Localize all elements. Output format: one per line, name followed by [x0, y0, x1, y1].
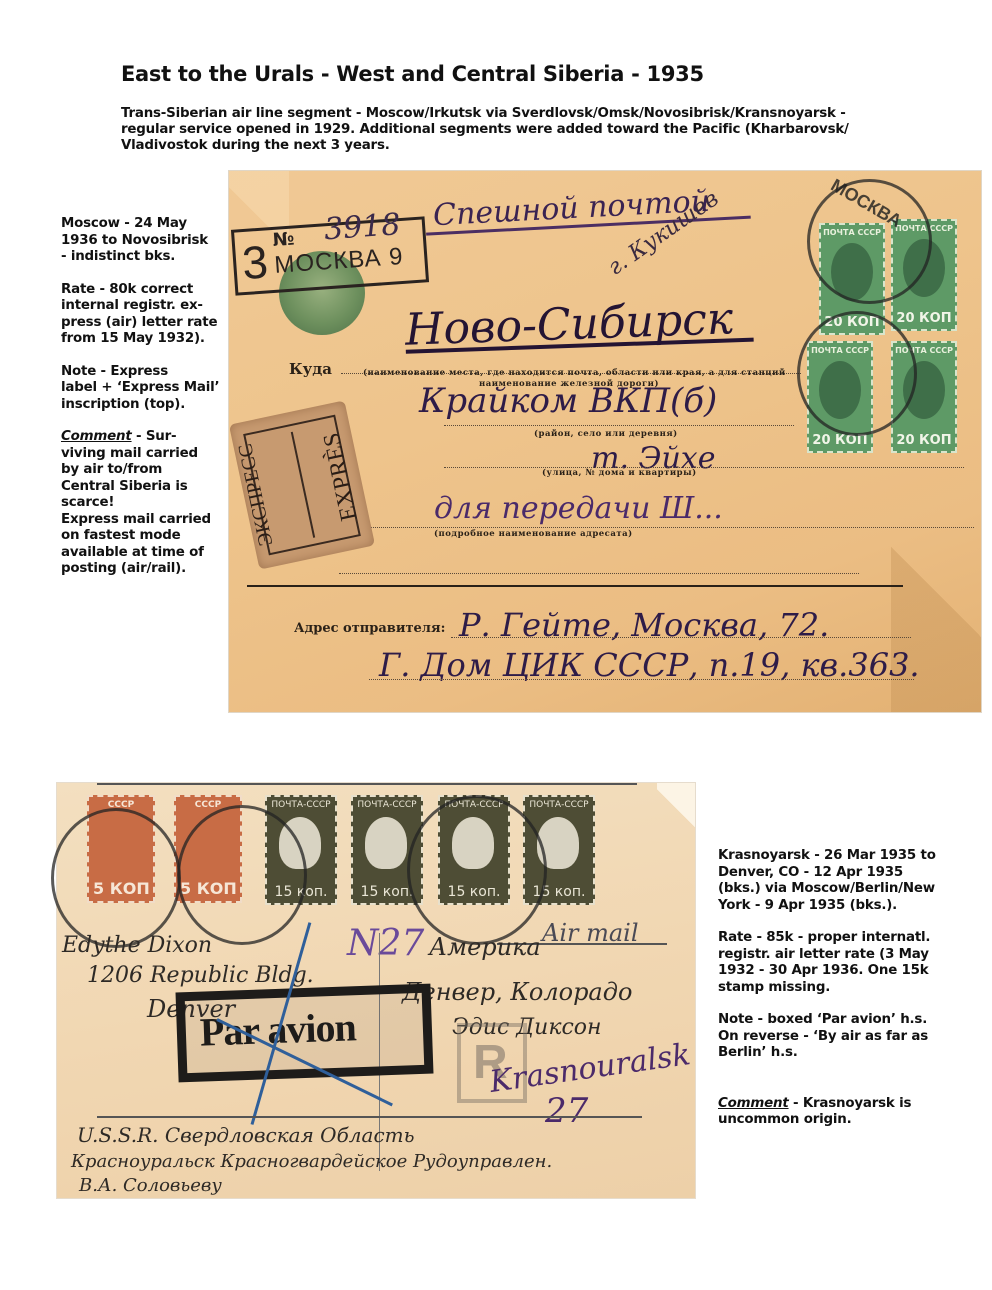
sender-line: Р. Гейте, Москва, 72. [459, 606, 829, 644]
to-label: Куда [289, 360, 332, 378]
address-hint: (улица, № дома и квартиры) [542, 468, 697, 478]
comment-label: Comment [718, 1096, 789, 1111]
sender-rule [97, 1116, 642, 1118]
comment: Comment - Sur- viving mail carried by ai… [61, 429, 231, 578]
address-line-rule [369, 679, 914, 680]
postmark-cancel [407, 795, 547, 945]
addressee-line-ru: Денвер, Колорадо [402, 978, 632, 1006]
worker-head-icon [365, 817, 407, 869]
address-hint: (наименование места, где находится почта… [363, 368, 786, 378]
address-line-rule [334, 527, 974, 528]
rate-note: Rate - 80k correct internal registr. ex-… [61, 282, 231, 348]
note: Note - Express label + ‘Express Mail’ in… [61, 364, 231, 414]
cover1-caption: Moscow - 24 May 1936 to Novosibrisk - in… [61, 216, 231, 594]
registration-cachet: 3 № 3918 МОСКВА 9 [231, 216, 429, 295]
rate-note: Rate - 85k - proper internatl. registr. … [718, 930, 968, 996]
sender-line: Красноуральск Красногвардейское Рудоупра… [71, 1151, 552, 1172]
postmark-cancel [177, 805, 307, 945]
route-note: Krasnoyarsk - 26 Mar 1935 to Denver, CO … [718, 848, 968, 914]
intro-line: Vladivostok during the next 3 years. [121, 138, 911, 154]
cover1-envelope-image: 3 № 3918 МОСКВА 9 Спешной почтой г. Куки… [229, 171, 981, 712]
envelope-fold [657, 783, 695, 843]
note: Note - boxed ‘Par avion’ h.s. On reverse… [718, 1012, 968, 1062]
sender-line: В.А. Соловьеву [79, 1175, 222, 1196]
address-line-rule [444, 467, 964, 468]
page-title: East to the Urals - West and Central Sib… [121, 62, 704, 86]
addressee-line-ru: Америка [429, 933, 541, 961]
address-line: Крайком ВКП(б) [419, 381, 717, 421]
comment-label: Comment [61, 429, 132, 444]
address-line-rule [451, 637, 911, 638]
par-avion-handstamp: Par avion [176, 984, 434, 1083]
addressee-line: 1206 Republic Bldg. [87, 963, 314, 988]
address-line: для передачи Ш... [434, 491, 723, 526]
origin-number: 27 [545, 1091, 588, 1131]
cover2-envelope-image: СССР5 КОП СССР5 КОП ПОЧТА-СССР15 коп. ПО… [57, 783, 695, 1198]
sender-label: Адрес отправителя: [294, 621, 445, 636]
address-line-rule [444, 425, 794, 426]
destination-city: Ново-Сибирск [404, 293, 734, 355]
address-hint: (район, село или деревня) [534, 429, 678, 439]
address-hint: (подробное наименование адресата) [434, 529, 633, 539]
intro-line: Trans-Siberian air line segment - Moscow… [121, 106, 911, 122]
intro-paragraph: Trans-Siberian air line segment - Moscow… [121, 106, 911, 154]
express-label: ЭКСПРЕСС EXPRÈS [229, 400, 375, 569]
postmark-cancel [51, 808, 181, 948]
registration-number: N27 [347, 923, 424, 964]
comment: Comment - Krasnoyarsk is uncommon origin… [718, 1096, 968, 1129]
postmark-cancel [797, 311, 917, 436]
cover2-caption: Krasnoyarsk - 26 Mar 1935 to Denver, CO … [718, 848, 968, 1145]
addressee-line: Edythe Dixon [62, 933, 212, 958]
divider-rule [247, 585, 903, 587]
route-note: Moscow - 24 May 1936 to Novosibrisk - in… [61, 216, 231, 266]
address-line-rule [339, 573, 859, 574]
intro-line: regular service opened in 1929. Addition… [121, 122, 911, 138]
sender-line: U.S.S.R. Свердловская Область [77, 1123, 415, 1147]
